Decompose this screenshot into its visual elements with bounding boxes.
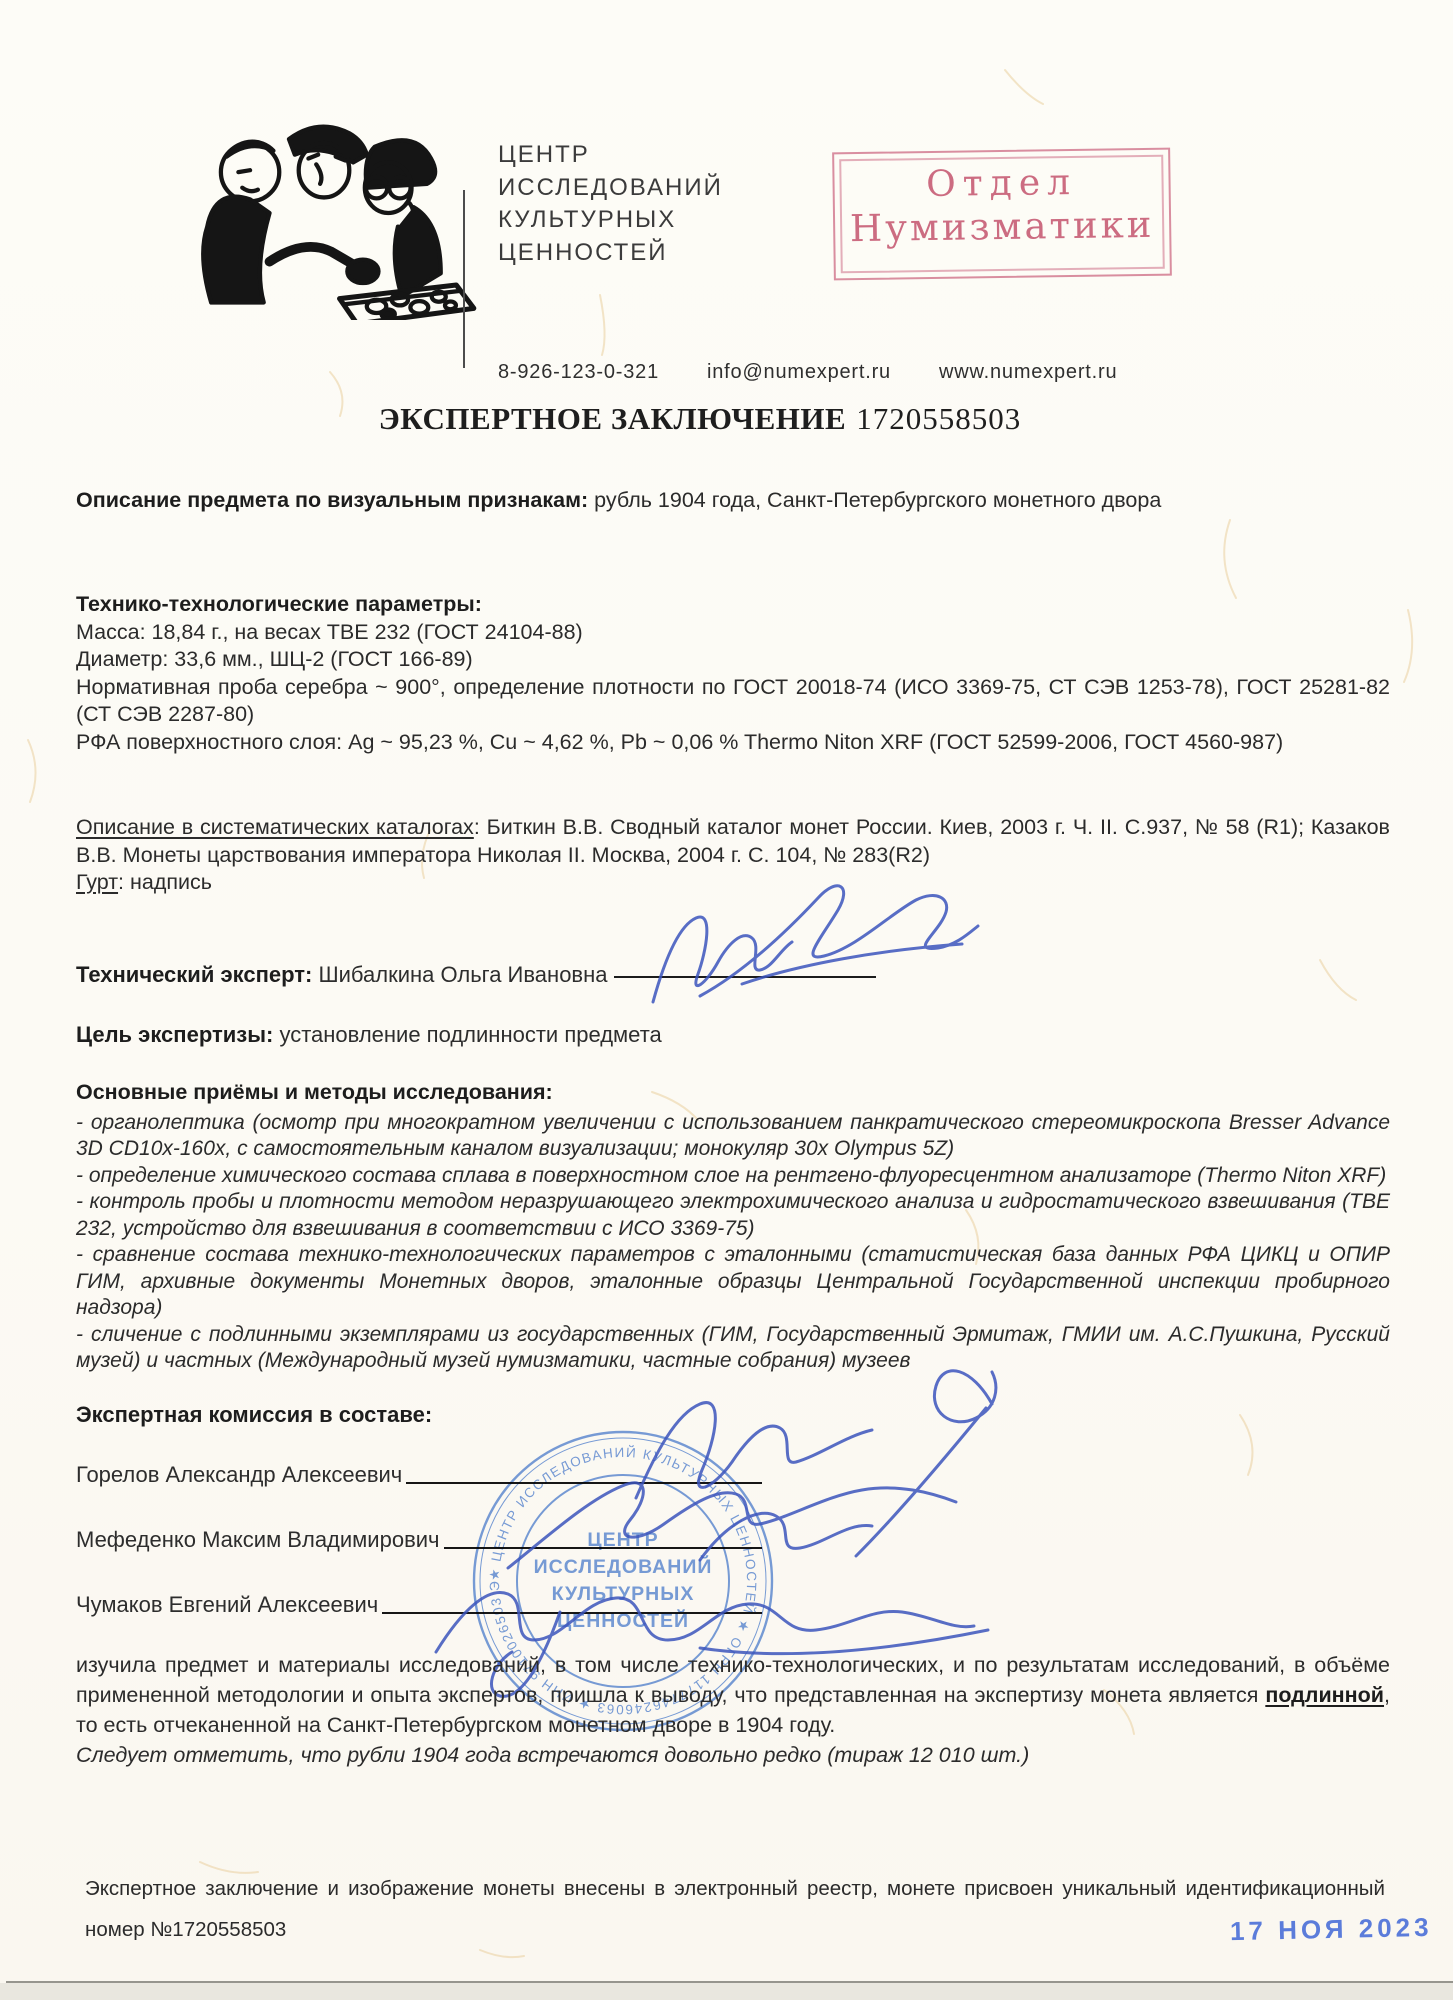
contact-phone: 8-926-123-0-321 bbox=[498, 361, 659, 384]
org-name-line: ЦЕНТР bbox=[498, 139, 723, 172]
commission-member-name: Чумаков Евгений Алексеевич bbox=[76, 1592, 378, 1618]
logo-figures bbox=[203, 127, 474, 320]
contact-email: info@numexpert.ru bbox=[707, 361, 891, 384]
purpose-label: Цель экспертизы: bbox=[76, 1022, 273, 1047]
org-name: ЦЕНТР ИССЛЕДОВАНИЙ КУЛЬТУРНЫХ ЦЕННОСТЕЙ bbox=[498, 139, 723, 269]
contact-website: www.numexpert.ru bbox=[939, 361, 1117, 384]
org-name-line: КУЛЬТУРНЫХ bbox=[498, 204, 723, 237]
tech-expert-label: Технический эксперт: bbox=[76, 962, 312, 987]
catalogs-section: Описание в систематических каталогах: Би… bbox=[76, 814, 1390, 897]
gurt-label: Гурт bbox=[76, 870, 118, 894]
tech-params-line: Диаметр: 33,6 мм., ШЦ-2 (ГОСТ 166-89) bbox=[76, 646, 1390, 674]
methods-item: - определение химического состава сплава… bbox=[76, 1163, 1390, 1190]
tech-expert-signature-line bbox=[614, 976, 876, 978]
stamp-center-line: ЦЕННОСТЕЙ bbox=[557, 1608, 689, 1632]
scan-edge-area bbox=[0, 1983, 1453, 2000]
contact-line: 8-926-123-0-321 info@numexpert.ru www.nu… bbox=[498, 361, 1117, 384]
tech-params-line: Масса: 18,84 г., на весах ТВЕ 232 (ГОСТ … bbox=[76, 619, 1390, 647]
tech-expert-row: Технический эксперт: Шибалкина Ольга Ива… bbox=[76, 962, 876, 988]
tech-expert-name: Шибалкина Ольга Ивановна bbox=[318, 962, 607, 987]
tech-params-line: РФА поверхностного слоя: Ag ~ 95,23 %, C… bbox=[76, 729, 1390, 757]
title-label: ЭКСПЕРТНОЕ ЗАКЛЮЧЕНИЕ bbox=[379, 401, 846, 436]
commission-member-name: Горелов Александр Алексеевич bbox=[76, 1462, 402, 1488]
methods-item: - контроль пробы и плотности методом нер… bbox=[76, 1189, 1390, 1242]
commission-heading-row: Экспертная комиссия в составе: bbox=[76, 1402, 432, 1428]
purpose-text: установление подлинности предмета bbox=[279, 1022, 661, 1047]
commission-member-name: Мефеденко Максим Владимирович bbox=[76, 1527, 440, 1553]
date-stamp: 17 НОЯ 2023 bbox=[1230, 1912, 1433, 1947]
methods-heading: Основные приёмы и методы исследования: bbox=[76, 1080, 553, 1104]
org-name-line: ЦЕННОСТЕЙ bbox=[498, 237, 723, 270]
stamp-center-line: КУЛЬТУРНЫХ bbox=[552, 1583, 695, 1605]
gurt-text: : надпись bbox=[118, 870, 212, 894]
methods-item: - сличение с подлинными экземплярами из … bbox=[76, 1322, 1390, 1375]
department-stamp: Отдел Нумизматики bbox=[832, 148, 1172, 281]
description-paragraph: Описание предмета по визуальным признака… bbox=[76, 487, 1390, 515]
methods-item: - органолептика (осмотр при многократном… bbox=[76, 1110, 1390, 1163]
conclusion-note: Следует отметить, что рубли 1904 года вс… bbox=[76, 1740, 1390, 1770]
gurt-line: Гурт: надпись bbox=[76, 869, 1390, 897]
department-stamp-line2: Нумизматики bbox=[835, 203, 1170, 251]
description-text: рубль 1904 года, Санкт-Петербургского мо… bbox=[594, 488, 1161, 512]
methods-section: Основные приёмы и методы исследования: -… bbox=[76, 1079, 1390, 1375]
logo-engraving bbox=[168, 106, 480, 320]
purpose-row: Цель экспертизы: установление подлинност… bbox=[76, 1022, 662, 1048]
catalogs-label: Описание в систематических каталогах bbox=[76, 815, 474, 839]
tech-params-line: Нормативная проба серебра ~ 900°, опреде… bbox=[76, 674, 1390, 729]
authenticity-highlight: подлинной bbox=[1265, 1683, 1384, 1707]
conclusion-before: изучила предмет и материалы исследований… bbox=[76, 1653, 1390, 1707]
document-title: ЭКСПЕРТНОЕ ЗАКЛЮЧЕНИЕ1720558503 bbox=[0, 401, 1400, 437]
title-number: 1720558503 bbox=[856, 401, 1021, 436]
org-name-line: ИССЛЕДОВАНИЙ bbox=[498, 172, 723, 205]
tech-params-section: Технико-технологические параметры: Масса… bbox=[76, 591, 1390, 756]
header-divider bbox=[463, 190, 465, 368]
registry-note: Экспертное заключение и изображение моне… bbox=[85, 1868, 1385, 1950]
department-stamp-line1: Отдел bbox=[834, 161, 1169, 207]
stamp-center-line: ЦЕНТР bbox=[587, 1529, 658, 1551]
catalogs-paragraph: Описание в систематических каталогах: Би… bbox=[76, 814, 1390, 869]
tech-params-heading: Технико-технологические параметры: bbox=[76, 592, 482, 616]
methods-item: - сравнение состава технико-технологичес… bbox=[76, 1242, 1390, 1322]
description-label: Описание предмета по визуальным признака… bbox=[76, 488, 588, 512]
commission-heading: Экспертная комиссия в составе: bbox=[76, 1402, 432, 1427]
conclusion-paragraph: изучила предмет и материалы исследований… bbox=[76, 1650, 1390, 1770]
document-page: ЦЕНТР ИССЛЕДОВАНИЙ КУЛЬТУРНЫХ ЦЕННОСТЕЙ … bbox=[0, 0, 1453, 2000]
stamp-center-line: ИССЛЕДОВАНИЙ bbox=[534, 1554, 713, 1578]
